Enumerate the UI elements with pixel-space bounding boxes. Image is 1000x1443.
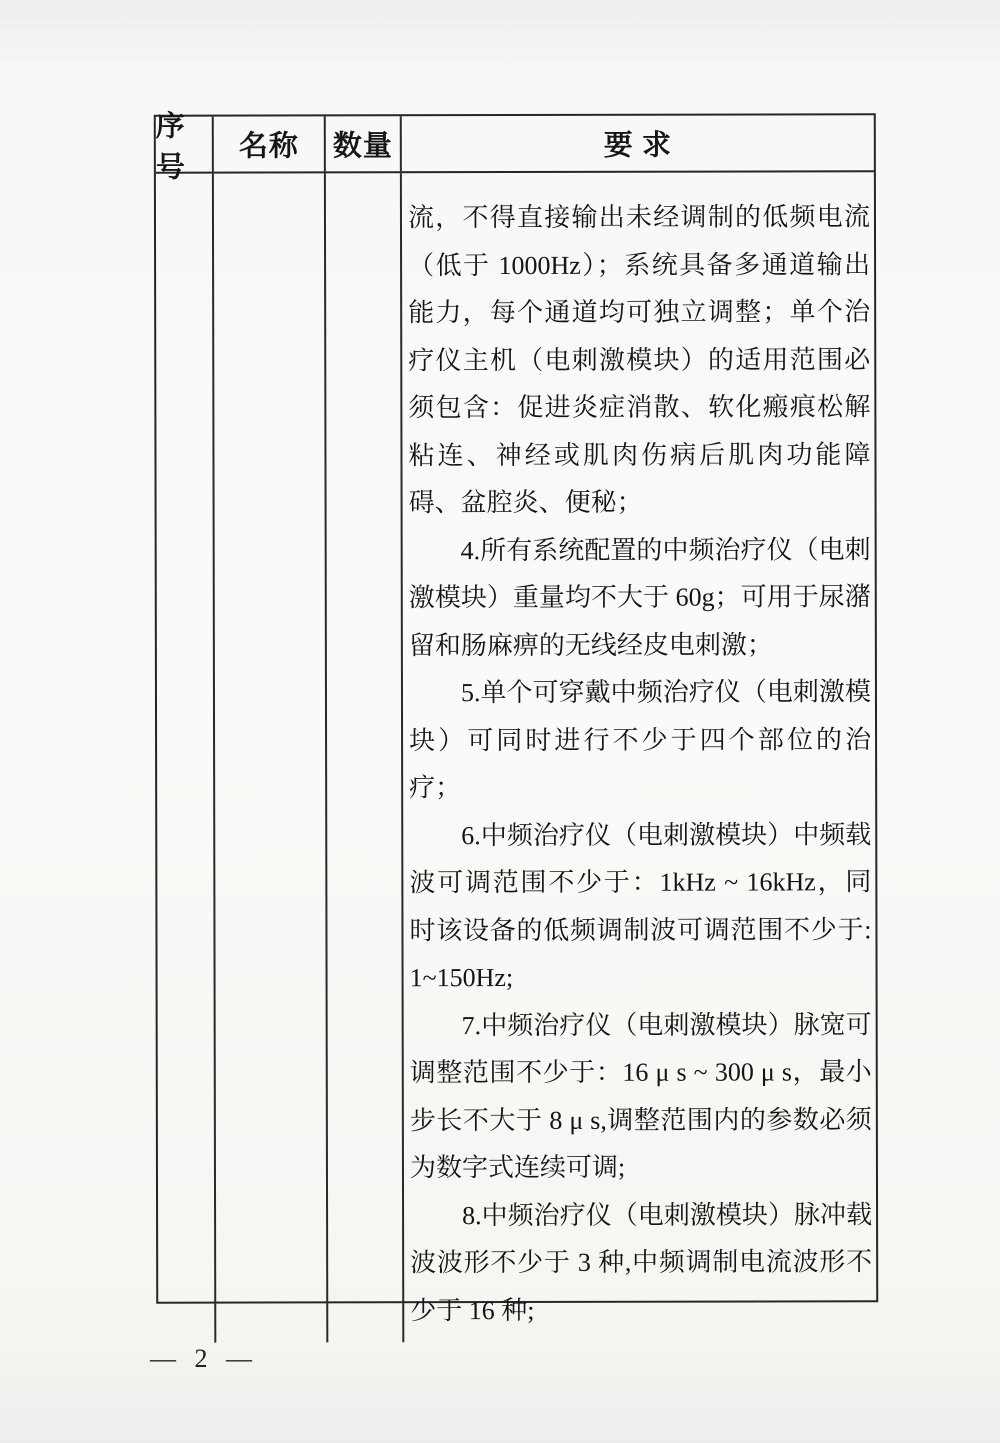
requirement-paragraph: 4.所有系统配置的中频治疗仪（电刺激模块）重量均不大于 60g；可用于尿潴留和肠… bbox=[409, 526, 871, 669]
body-cell-quantity bbox=[326, 173, 404, 1342]
body-cell-serial bbox=[156, 174, 216, 1343]
requirement-paragraph: 7.中频治疗仪（电刺激模块）脉宽可调整范围不少于：16 μ s ~ 300 μ … bbox=[410, 1001, 872, 1192]
header-label-quantity: 数量 bbox=[333, 123, 393, 164]
header-label-requirements: 要 求 bbox=[604, 123, 672, 164]
requirement-paragraph: 5.单个可穿戴中频治疗仪（电刺激模块）可同时进行不少于四个部位的治疗； bbox=[409, 668, 871, 811]
header-cell-quantity: 数量 bbox=[326, 116, 402, 171]
requirements-text: 流，不得直接输出未经调制的低频电流（低于 1000Hz）；系统具备多通道输出能力… bbox=[408, 193, 872, 1334]
requirement-paragraph: 流，不得直接输出未经调制的低频电流（低于 1000Hz）；系统具备多通道输出能力… bbox=[408, 193, 871, 526]
requirement-paragraph: 6.中频治疗仪（电刺激模块）中频载波可调范围不少于：1kHz ~ 16kHz，同… bbox=[409, 811, 871, 1002]
table-header-row: 序号 名称 数量 要 求 bbox=[156, 115, 874, 174]
header-cell-name: 名称 bbox=[214, 116, 326, 171]
header-cell-serial: 序号 bbox=[156, 117, 214, 172]
requirements-table: 序号 名称 数量 要 求 流，不得直接输出未经调制的低频电流（低于 1000Hz… bbox=[154, 113, 878, 1304]
table-body-row: 流，不得直接输出未经调制的低频电流（低于 1000Hz）；系统具备多通道输出能力… bbox=[156, 172, 876, 1343]
page-number: — 2 — bbox=[150, 1344, 258, 1374]
body-cell-name bbox=[214, 173, 328, 1342]
header-label-name: 名称 bbox=[239, 123, 299, 164]
scanned-document-page: 序号 名称 数量 要 求 流，不得直接输出未经调制的低频电流（低于 1000Hz… bbox=[0, 0, 1000, 1443]
body-cell-requirements: 流，不得直接输出未经调制的低频电流（低于 1000Hz）；系统具备多通道输出能力… bbox=[402, 172, 876, 1342]
requirement-paragraph: 8.中频治疗仪（电刺激模块）脉冲载波波形不少于 3 种,中频调制电流波形不少于 … bbox=[410, 1191, 872, 1334]
header-cell-requirements: 要 求 bbox=[402, 115, 874, 171]
